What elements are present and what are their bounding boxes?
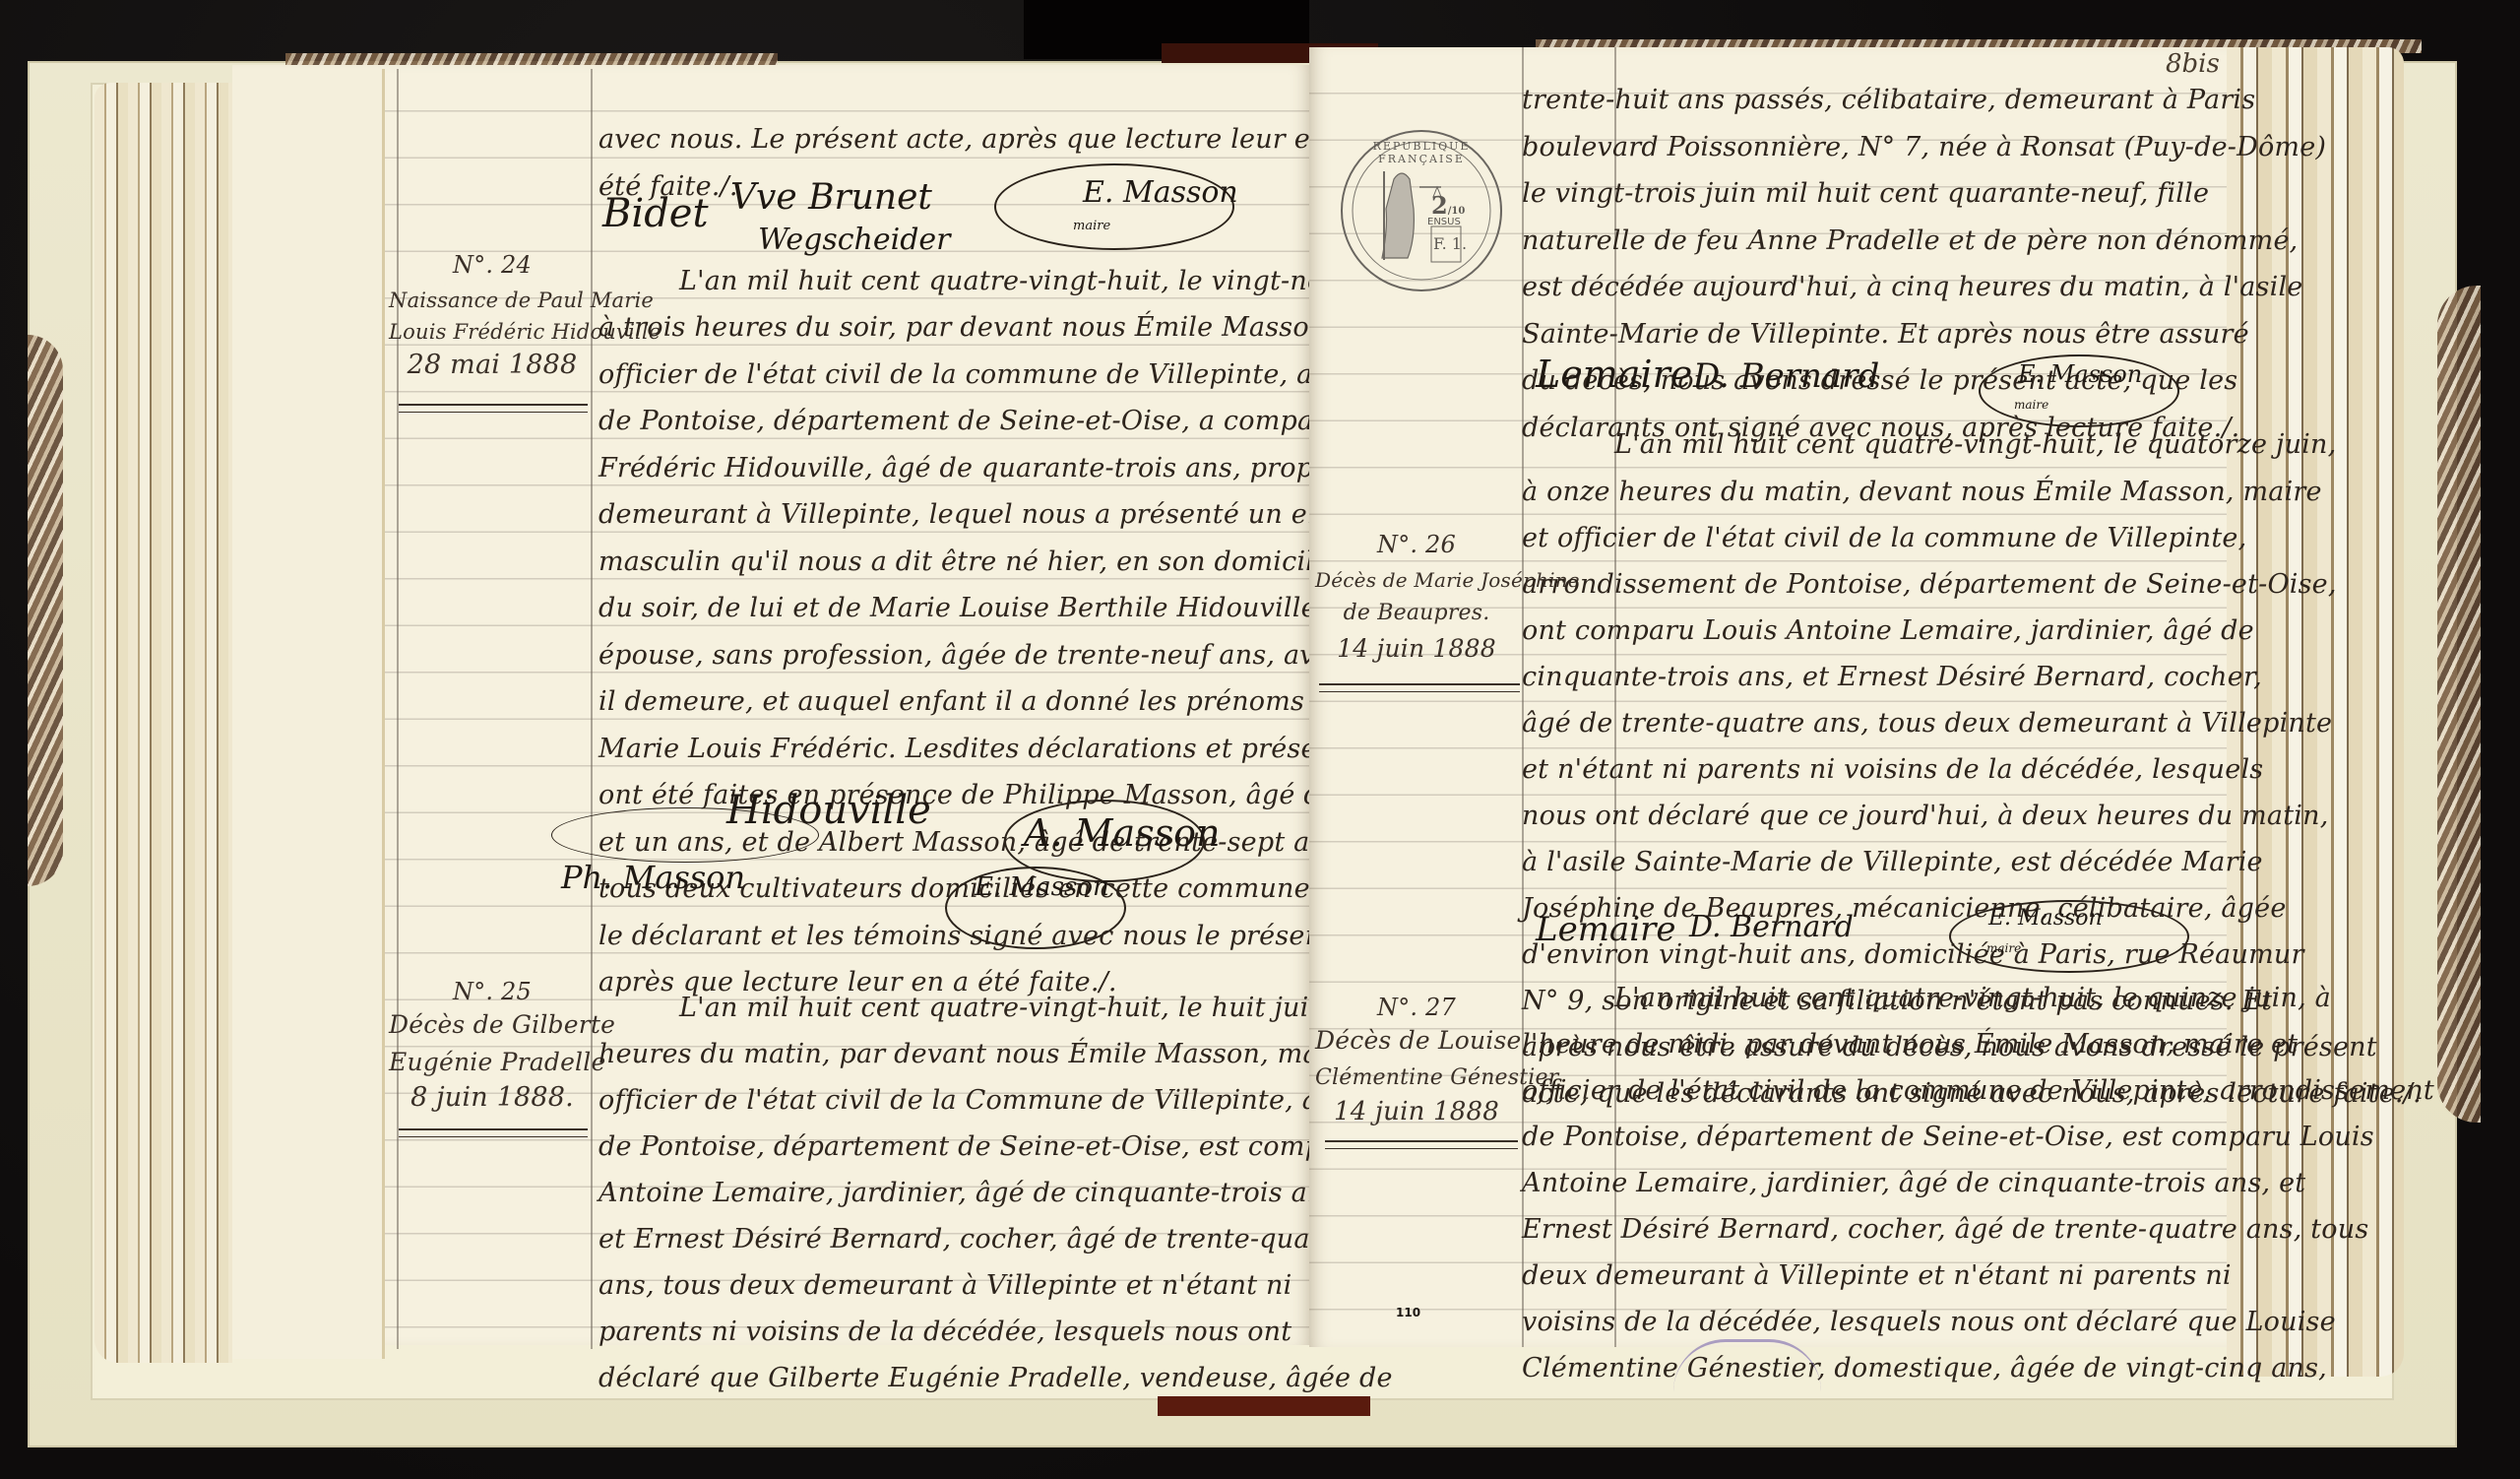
body-line: de Pontoise, département de Seine-et-Ois… — [1522, 1114, 2374, 1161]
page-number: 110 — [1396, 1306, 1420, 1319]
body-line: ont comparu Louis Antoine Lemaire, jardi… — [1522, 608, 2254, 655]
entry-date: 14 juin 1888 — [1315, 1095, 1518, 1128]
entry-date: 14 juin 1888 — [1315, 632, 1518, 666]
fiscal-stamp: 2/10 ENSUS F. 1. RÉPUBLIQUE FRANÇAISE — [1341, 130, 1502, 291]
body-line: cinquante-trois ans, et Ernest Désiré Be… — [1522, 654, 2262, 701]
body-line: Antoine Lemaire, jardinier, âgé de cinqu… — [598, 1170, 1347, 1217]
body-line: L'an mil huit cent quatre-vingt-huit, le… — [679, 258, 1417, 305]
body-line: Marie Louis Frédéric. Lesdites déclarati… — [598, 726, 1428, 773]
blank-leaf-left — [232, 69, 385, 1359]
body-line: Clémentine Génestier, domestique, âgée d… — [1522, 1345, 2327, 1392]
entry-number: N°. 24 — [389, 248, 596, 282]
continuation-line: trente-huit ans passés, célibataire, dem… — [1522, 77, 2255, 124]
body-line: Ernest Désiré Bernard, cocher, âgé de tr… — [1522, 1206, 2368, 1254]
entry-title-line: Décès de Gilberte — [389, 1008, 596, 1042]
body-line: nous ont déclaré que ce jourd'hui, à deu… — [1522, 793, 2329, 840]
signature-wegscheider: Wegscheider — [758, 223, 951, 257]
entry-number: N°. 26 — [1315, 528, 1518, 561]
entry-title-line: Décès de Louise — [1315, 1024, 1518, 1058]
entry-separator — [1319, 683, 1520, 692]
entry-title-line: Louis Frédéric Hidouville — [389, 315, 596, 349]
stamp-subtext: ENSUS — [1427, 217, 1461, 227]
body-line: parents ni voisins de la décédée, lesque… — [598, 1309, 1291, 1356]
signature-mayor: E. Masson — [2018, 360, 2142, 388]
signature-brunet: Vve Brunet — [730, 177, 932, 218]
folio-mark: 8bis — [2166, 49, 2220, 79]
stamp-title: RÉPUBLIQUE FRANÇAISE — [1351, 140, 1492, 165]
body-line: officier de l'état civil de la commune d… — [1522, 1067, 2434, 1115]
body-line: l'heure de midi, par devant nous Émile M… — [1522, 1021, 2298, 1068]
continuation-line: est décédée aujourd'hui, à cinq heures d… — [1522, 264, 2302, 311]
body-line: L'an mil huit cent quatre-vingt-huit, le… — [1614, 975, 2331, 1022]
body-line: Antoine Lemaire, jardinier, âgé de cinqu… — [1522, 1160, 2305, 1207]
signature-bidet: Bidet — [602, 191, 709, 236]
signature-mayor: E. Masson — [1988, 906, 2103, 931]
signature-mayor-title: maire — [2014, 398, 2048, 412]
signature-a-masson: A. Masson — [1024, 811, 1221, 855]
entry-date: 28 mai 1888 — [389, 349, 596, 382]
marbled-endpaper-left — [28, 335, 63, 886]
entry-title-line: Eugénie Pradelle — [389, 1046, 596, 1079]
body-line: arrondissement de Pontoise, département … — [1522, 561, 2337, 609]
signature-mayor: E. Masson — [1083, 175, 1238, 210]
signature-ph-masson: Ph. Masson — [561, 859, 745, 896]
continuation-line: avec nous. Le présent acte, après que le… — [598, 116, 1353, 163]
body-line: L'an mil huit cent quatre-vingt-huit, le… — [1614, 421, 2336, 469]
entry-date: 8 juin 1888. — [389, 1081, 596, 1115]
marbled-endpaper-right — [2437, 286, 2481, 1123]
signature-mayor-title: maire — [1986, 941, 2021, 955]
body-line: à onze heures du matin, devant nous Émil… — [1522, 469, 2322, 516]
entry-number: N°. 27 — [1315, 991, 1518, 1024]
entry-separator — [1325, 1140, 1518, 1149]
body-line: et n'étant ni parents ni voisins de la d… — [1522, 746, 2263, 794]
stamp-price: F. 1. — [1433, 234, 1467, 253]
signature-mayor-title: maire — [1073, 219, 1110, 233]
body-line: du soir, de lui et de Marie Louise Berth… — [598, 585, 1381, 632]
body-line: ans, tous deux demeurant à Villepinte et… — [598, 1262, 1291, 1310]
signature-mayor: E. Masson — [975, 872, 1109, 902]
continuation-line: le vingt-trois juin mil huit cent quaran… — [1522, 170, 2209, 218]
continuation-line: naturelle de feu Anne Pradelle et de pèr… — [1522, 218, 2298, 265]
continuation-line: boulevard Poissonnière, N° 7, née à Rons… — [1522, 124, 2326, 171]
signature-lemaire: Lemaire — [1536, 910, 1675, 949]
body-line: et Ernest Désiré Bernard, cocher, âgé de… — [598, 1216, 1350, 1263]
signature-bernard: D. Bernard — [1693, 356, 1879, 396]
entry-separator — [399, 1128, 588, 1137]
entry-separator — [399, 404, 588, 413]
entry-title-line: Naissance de Paul Marie — [389, 284, 596, 317]
continuation-line: Sainte-Marie de Villepinte. Et après nou… — [1522, 311, 2249, 358]
body-line: Frédéric Hidouville, âgé de quarante-tro… — [598, 445, 1424, 492]
body-line: heures du matin, par devant nous Émile M… — [598, 1031, 1392, 1078]
body-line: âgé de trente-quatre ans, tous deux deme… — [1522, 700, 2332, 747]
body-line: voisins de la décédée, lesquels nous ont… — [1522, 1299, 2336, 1346]
body-line: il demeure, et auquel enfant il a donné … — [598, 678, 1414, 726]
body-line: et officier de l'état civil de la commun… — [1522, 515, 2246, 562]
entry-title-line: Décès de Marie Joséphine — [1315, 563, 1518, 597]
body-line: à l'asile Sainte-Marie de Villepinte, es… — [1522, 839, 2263, 886]
signature-lemaire: Lemaire — [1536, 353, 1692, 396]
page-stack-left — [94, 83, 232, 1363]
signature-flourish — [551, 807, 819, 863]
entry-number: N°. 25 — [389, 975, 596, 1008]
body-line: deux demeurant à Villepinte et n'étant n… — [1522, 1253, 2232, 1300]
entry-title-line: de Beaupres. — [1315, 597, 1518, 630]
entry-title-line: Clémentine Génestier — [1315, 1061, 1518, 1095]
body-line: déclaré que Gilberte Eugénie Pradelle, v… — [598, 1355, 1393, 1402]
signature-bernard: D. Bernard — [1689, 910, 1854, 944]
